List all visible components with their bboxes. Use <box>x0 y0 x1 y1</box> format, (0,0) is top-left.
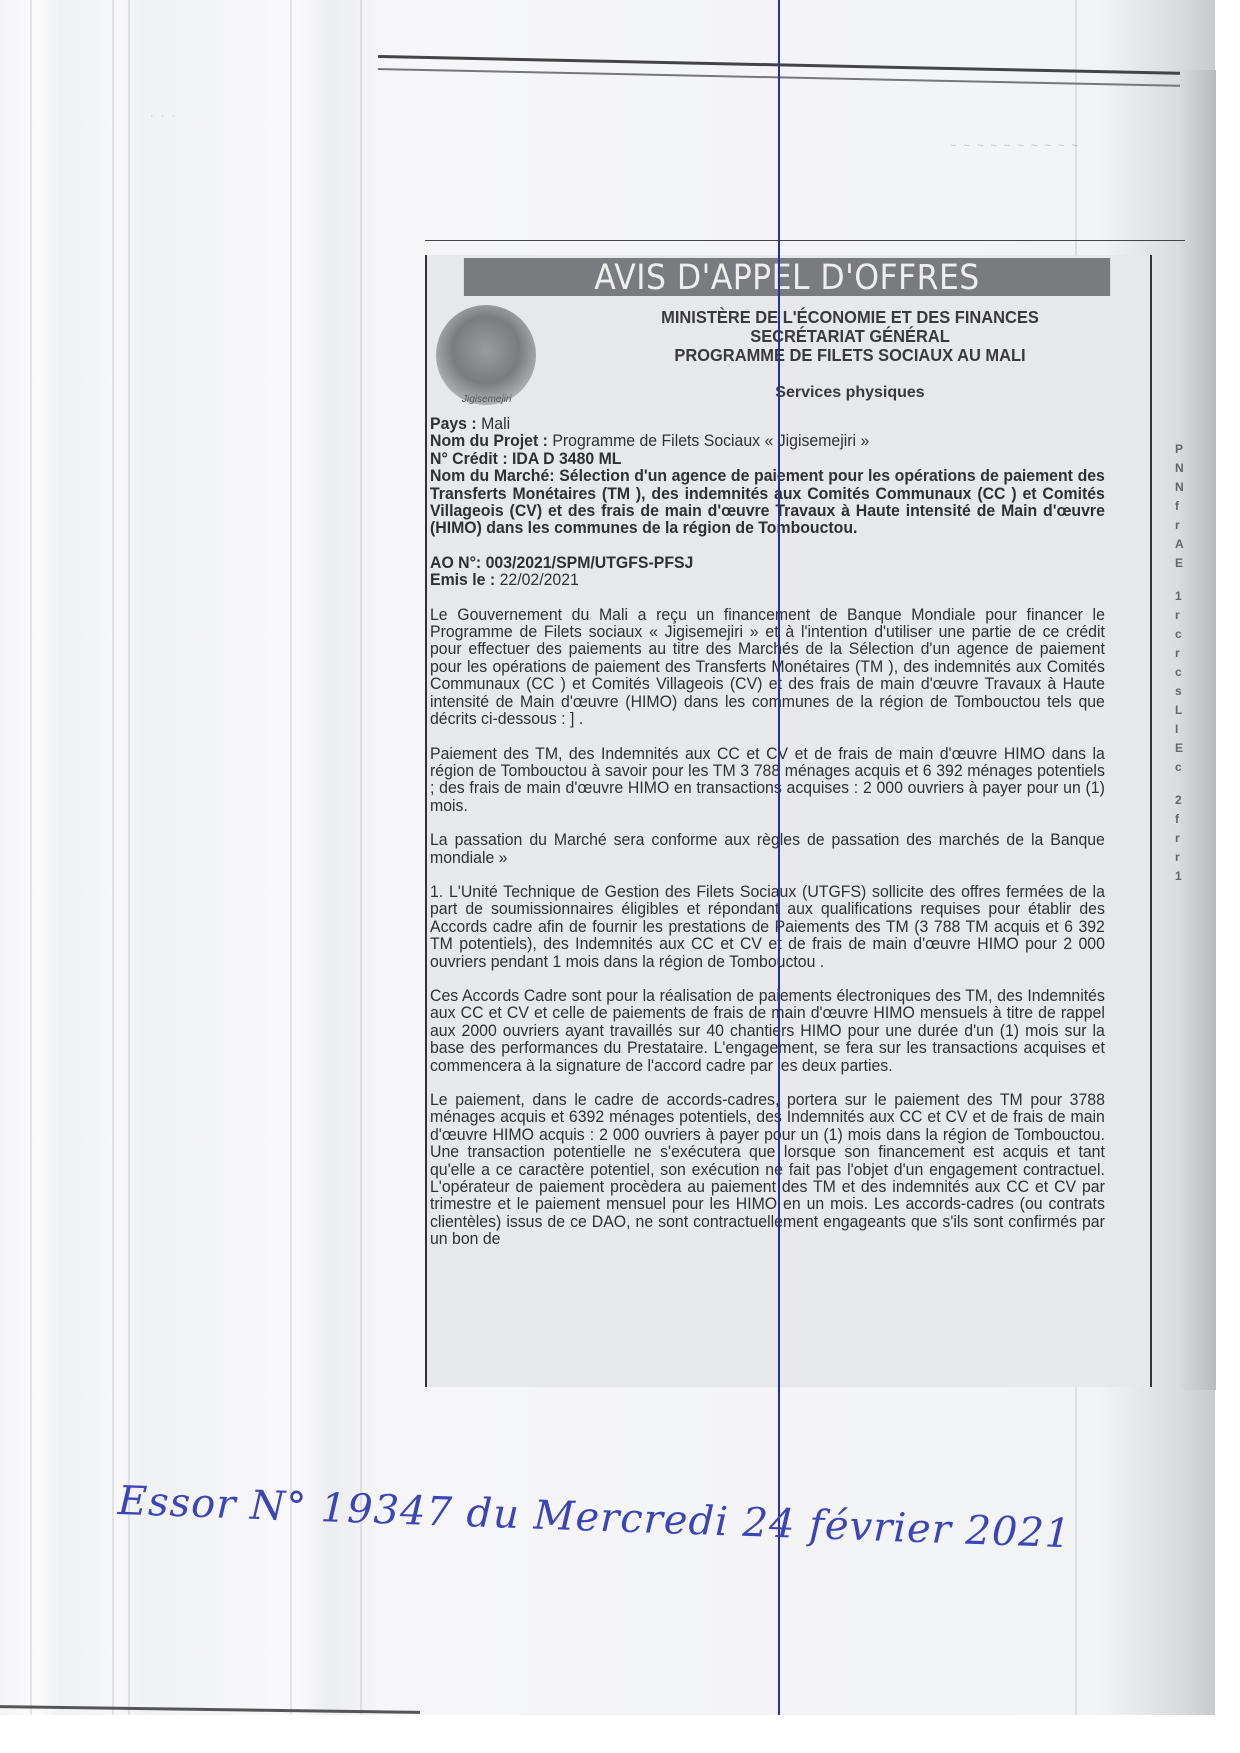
fragment-letter: r <box>1175 848 1189 867</box>
fragment-letter: r <box>1175 644 1189 663</box>
project-label: Nom du Projet : <box>430 432 548 450</box>
project-value: Programme de Filets Sociaux « Jigisemeji… <box>552 432 869 450</box>
ao-number: AO N°: 003/2021/SPM/UTGFS-PFSJ <box>430 555 1105 572</box>
fragment-letter: r <box>1175 829 1189 848</box>
category-heading: Services physiques <box>560 384 1140 402</box>
fragment-letter: 1 <box>1175 867 1189 886</box>
issue-date-value: 22/02/2021 <box>500 571 579 589</box>
notice-banner-title: AVIS D'APPEL D'OFFRES <box>464 258 1110 296</box>
scan-artifact <box>30 0 32 1715</box>
fragment-letter: I <box>1175 720 1189 739</box>
fragment-letter: 2 <box>1175 791 1189 810</box>
scan-artifact <box>290 0 292 1715</box>
bleed-through-text: ~ ~ ~ ~ ~ ~ ~ ~ ~ ~ <box>950 140 1080 152</box>
frame-top-rule <box>425 240 1185 241</box>
scan-artifact <box>360 0 362 1715</box>
fragment-letter: 1 <box>1175 587 1189 606</box>
ministry-line: MINISTÈRE DE L'ÉCONOMIE ET DES FINANCES <box>577 308 1122 327</box>
country-label: Pays : <box>430 415 477 433</box>
issuer-header: MINISTÈRE DE L'ÉCONOMIE ET DES FINANCES … <box>577 308 1122 365</box>
fragment-letter: f <box>1175 497 1189 516</box>
fragment-letter: E <box>1175 554 1189 573</box>
paragraph: Le paiement, dans le cadre de accords-ca… <box>430 1092 1105 1249</box>
fragment-letter: r <box>1175 606 1189 625</box>
fragment-letter: N <box>1175 478 1189 497</box>
fragment-letter: f <box>1175 810 1189 829</box>
scanner-line-artifact <box>778 0 780 1715</box>
issue-date-line: Emis le : 22/02/2021 <box>430 572 1105 589</box>
issue-date-label: Emis le : <box>430 571 495 589</box>
notice-body: Pays : Mali Nom du Projet : Programme de… <box>430 416 1105 1266</box>
market-label: Nom du Marché: <box>430 467 555 485</box>
fragment-letter: c <box>1175 663 1189 682</box>
program-logo <box>436 305 536 405</box>
project-line: Nom du Projet : Programme de Filets Soci… <box>430 433 1105 450</box>
paragraph: La passation du Marché sera conforme aux… <box>430 832 1105 867</box>
fragment-letter: c <box>1175 625 1189 644</box>
fragment-letter: r <box>1175 516 1189 535</box>
scan-artifact <box>112 0 114 1715</box>
market-line: Nom du Marché: Sélection d'un agence de … <box>430 468 1105 538</box>
paragraph: Le Gouvernement du Mali a reçu un financ… <box>430 607 1105 729</box>
fragment-letter: N <box>1175 459 1189 478</box>
adjacent-column-fragment: PNNfrAE1rcrcsLIEc2frr1 <box>1175 440 1189 886</box>
credit-line: N° Crédit : IDA D 3480 ML <box>430 451 1105 468</box>
secretariat-line: SECRÉTARIAT GÉNÉRAL <box>577 327 1122 346</box>
paragraph: Ces Accords Cadre sont pour la réalisati… <box>430 988 1105 1075</box>
program-line: PROGRAMME DE FILETS SOCIAUX AU MALI <box>577 346 1122 365</box>
scan-artifact <box>128 0 130 1715</box>
paragraph: Paiement des TM, des Indemnités aux CC e… <box>430 746 1105 816</box>
bleed-through-text: · · · <box>150 110 177 122</box>
country-line: Pays : Mali <box>430 416 1105 433</box>
fragment-letter: c <box>1175 758 1189 777</box>
fragment-letter: P <box>1175 440 1189 459</box>
fragment-letter: L <box>1175 701 1189 720</box>
country-value: Mali <box>481 415 510 433</box>
fragment-letter: E <box>1175 739 1189 758</box>
fragment-letter: A <box>1175 535 1189 554</box>
logo-caption: Jigisemejiri <box>462 394 511 405</box>
fragment-letter: s <box>1175 682 1189 701</box>
paragraph: 1. L'Unité Technique de Gestion des File… <box>430 884 1105 971</box>
